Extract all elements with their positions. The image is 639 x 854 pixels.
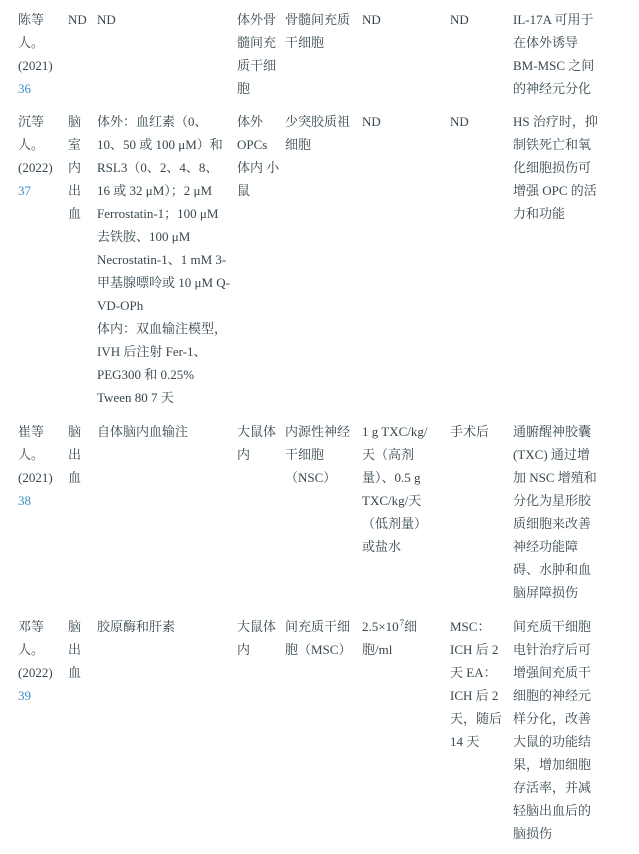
cell-model: 体外骨髓间充质干细胞: [237, 8, 285, 100]
cell-outcome: IL-17A 可用于在体外诱导 BM-MSC 之间的神经元分化: [513, 8, 625, 100]
cell-study: 邓等人。 (2022) 39: [18, 615, 68, 707]
study-author: 崔等人。: [18, 424, 44, 462]
table-row: 邓等人。 (2022) 39 脑出血 胶原酶和肝素 大鼠体内 间充质干细胞（MS…: [18, 615, 625, 854]
citation-link[interactable]: 37: [18, 183, 31, 198]
cell-study: 陈等人。 (2021) 36: [18, 8, 68, 100]
cell-dose: ND: [362, 110, 450, 133]
cell-timing: 手术后: [450, 420, 513, 443]
table-row: 陈等人。 (2021) 36 ND ND 体外骨髓间充质干细胞 骨髓间充质干细胞…: [18, 8, 625, 110]
dose-text: ND: [362, 114, 381, 129]
cell-hemorrhage-type: 脑出血: [68, 420, 97, 489]
paper-table: 陈等人。 (2021) 36 ND ND 体外骨髓间充质干细胞 骨髓间充质干细胞…: [0, 0, 639, 854]
cell-model: 体外 OPCs 体内 小鼠: [237, 110, 285, 202]
cell-intervention: 胶原酶和肝素: [97, 615, 237, 638]
cell-cell-type: 内源性神经干细胞（NSC）: [285, 420, 362, 489]
cell-dose: 1 g TXC/kg/天（高剂量）、0.5 g TXC/kg/天（低剂量）或盐水: [362, 420, 450, 558]
study-year: (2022): [18, 665, 53, 680]
cell-study: 崔等人。 (2021) 38: [18, 420, 68, 512]
study-year: (2021): [18, 470, 53, 485]
citation-link[interactable]: 36: [18, 81, 31, 96]
study-author: 沉等人。: [18, 114, 44, 152]
cell-study: 沉等人。 (2022) 37: [18, 110, 68, 202]
cell-dose: ND: [362, 8, 450, 31]
cell-hemorrhage-type: 脑出血: [68, 615, 97, 684]
cell-dose: 2.5×107细胞/ml: [362, 615, 450, 661]
cell-cell-type: 骨髓间充质干细胞: [285, 8, 362, 54]
dose-text: ND: [362, 12, 381, 27]
cell-cell-type: 少突胶质祖细胞: [285, 110, 362, 156]
cell-timing: ND: [450, 8, 513, 31]
cell-intervention: 自体脑内血输注: [97, 420, 237, 443]
cell-hemorrhage-type: 脑室内出血: [68, 110, 97, 225]
cell-intervention: 体外：血红素（0、10、50 或 100 μM）和 RSL3（0、2、4、8、1…: [97, 110, 237, 409]
cell-outcome: 通腑醒神胶囊 (TXC) 通过增加 NSC 增殖和分化为星形胶质细胞来改善神经功…: [513, 420, 625, 604]
dose-text: 2.5×10: [362, 619, 399, 634]
cell-model: 大鼠体内: [237, 420, 285, 466]
citation-link[interactable]: 39: [18, 688, 31, 703]
cell-intervention: ND: [97, 8, 237, 31]
cell-hemorrhage-type: ND: [68, 8, 97, 31]
cell-timing: MSC：ICH 后 2 天 EA：ICH 后 2 天，随后 14 天: [450, 615, 513, 753]
dose-text: 1 g TXC/kg/天（高剂量）、0.5 g TXC/kg/天（低剂量）或盐水: [362, 424, 428, 554]
citation-link[interactable]: 38: [18, 493, 31, 508]
cell-model: 大鼠体内: [237, 615, 285, 661]
study-author: 陈等人。: [18, 12, 44, 50]
study-author: 邓等人。: [18, 619, 44, 657]
table-row: 崔等人。 (2021) 38 脑出血 自体脑内血输注 大鼠体内 内源性神经干细胞…: [18, 420, 625, 615]
table-row: 沉等人。 (2022) 37 脑室内出血 体外：血红素（0、10、50 或 10…: [18, 110, 625, 420]
cell-outcome: 间充质干细胞电针治疗后可增强间充质干细胞的神经元样分化，改善大鼠的功能结果，增加…: [513, 615, 625, 845]
study-year: (2022): [18, 160, 53, 175]
cell-cell-type: 间充质干细胞（MSC）: [285, 615, 362, 661]
cell-timing: ND: [450, 110, 513, 133]
cell-outcome: HS 治疗时，抑制铁死亡和氧化细胞损伤可增强 OPC 的活力和功能: [513, 110, 625, 225]
study-year: (2021): [18, 58, 53, 73]
